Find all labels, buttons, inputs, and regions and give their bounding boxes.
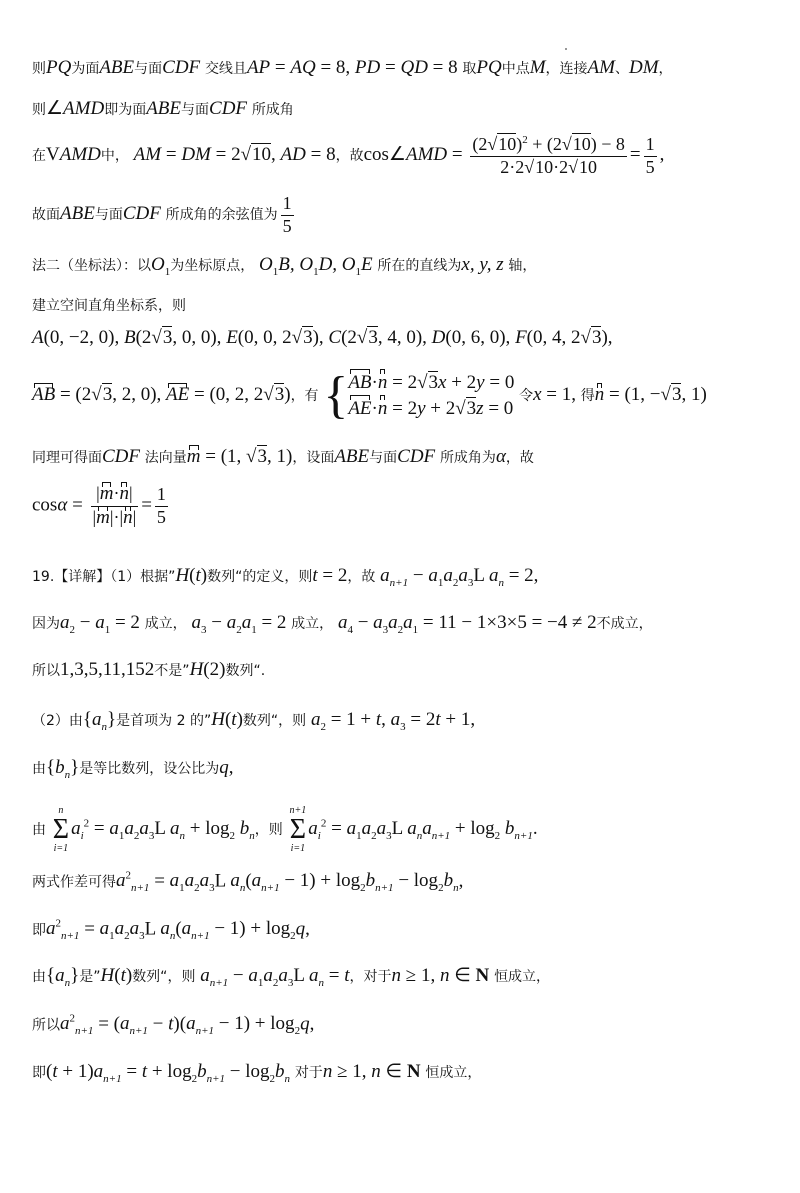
text: 与面 (134, 61, 162, 77)
line-13: 所以1,3,5,11,152不是”H(2)数列“. (32, 659, 265, 682)
line-21: 即(t + 1)an+1 = t + log2bn+1 − log2bn 对于n… (32, 1061, 481, 1086)
text: 所以 (32, 1017, 60, 1033)
text: 成立， (291, 616, 333, 632)
text: 恒成立， (425, 1065, 481, 1081)
text: ，故 (336, 148, 364, 164)
text: 所以 (32, 663, 60, 679)
text: 即 (32, 1065, 46, 1081)
line-14: （2）由{an}是首项为 2 的”H(t)数列“，则 a2 = 1 + t, a… (32, 709, 475, 734)
text: 恒成立， (494, 969, 550, 985)
line-18: 即a2n+1 = a1a2a3L an(an+1 − 1) + log2q, (32, 918, 310, 943)
text: 不是” (154, 663, 189, 679)
text: 对于 (295, 1065, 323, 1081)
text: 成立， (145, 616, 187, 632)
line-20: 所以a2n+1 = (an+1 − t)(an+1 − 1) + log2q, (32, 1013, 314, 1038)
text: 与面 (95, 207, 123, 223)
question-19-heading: 19.【详解】（1）根据” (32, 569, 175, 585)
text: 数列“的定义，则 (207, 569, 312, 585)
text: ，故 (347, 569, 375, 585)
text: 是首项为 2 的” (116, 713, 211, 729)
text: 令 (519, 388, 533, 404)
text: 中点 (502, 61, 530, 77)
text: 、 (615, 61, 629, 77)
text: 为坐标原点， (170, 258, 254, 274)
line-9: 同理可得面CDF 法向量m = (1, √3, 1)，设面ABE与面CDF 所成… (32, 446, 534, 469)
cos-label: cos (32, 494, 57, 515)
text: ，故 (506, 450, 534, 466)
line-6: 建立空间直角坐标系，则 (32, 296, 186, 315)
text: 所成角为 (440, 450, 496, 466)
text: ，设面 (292, 450, 334, 466)
text: 法向量 (145, 450, 187, 466)
text: 所成角的余弦值为 (166, 207, 278, 223)
line-1: 则PQ为面ABE与面CDF 交线且AP = AQ = 8, PD = QD = … (32, 57, 673, 80)
text: 中， (101, 148, 129, 164)
math-ap-aq: AP (247, 57, 270, 78)
text: （2）由 (32, 713, 83, 729)
line-11-q19: 19.【详解】（1）根据”H(t)数列“的定义，则t = 2，故 an+1 − … (32, 565, 538, 590)
text: 与面 (181, 102, 209, 118)
line-10-cos-alpha: cosα = |m·n||m|·|n|=15 (32, 483, 171, 530)
text: 得 (581, 388, 595, 404)
text: 所在的直线为 (377, 258, 461, 274)
text: 由 (32, 969, 46, 985)
text: 是等比数列，设公比为 (79, 761, 219, 777)
angle-symbol: ∠ (46, 98, 63, 119)
text: 交线且 (205, 61, 247, 77)
text: ，对于 (350, 969, 392, 985)
text: 为面 (71, 61, 99, 77)
text: 建立空间直角坐标系，则 (32, 298, 186, 314)
text: ，连接 (546, 61, 588, 77)
text: ， (659, 61, 673, 77)
cosine-fraction: (2√10)2 + (2√10) − 8 2·2√10·2√10 (470, 134, 627, 178)
line-17: 两式作差可得a2n+1 = a1a2a3L an(an+1 − 1) + log… (32, 870, 463, 895)
text: 在 (32, 148, 46, 164)
text: 所成角 (252, 102, 294, 118)
math-cdf: CDF (162, 57, 200, 78)
text: ，有 (291, 388, 319, 404)
text: 与面 (369, 450, 397, 466)
text: 取 (462, 61, 476, 77)
text: 即 (32, 922, 46, 938)
math-abe: ABE (99, 57, 134, 78)
text: 轴， (508, 258, 536, 274)
stray-mark (565, 48, 567, 50)
triangle-symbol: V (46, 144, 60, 165)
line-7-coordinates: A(0, −2, 0), B(2√3, 0, 0), E(0, 0, 2√3),… (32, 327, 613, 350)
equation-system: AB·n = 2√3x + 2y = 0 AE·n = 2y + 2√3z = … (348, 370, 514, 421)
line-16-summation: 由 nΣi=1ai2 = a1a2a3L an + log2 bn，则 n+1Σ… (32, 806, 538, 854)
text: 数列“，则 (243, 713, 306, 729)
line-5: 法二（坐标法）：以O1为坐标原点， O1B, O1D, O1E 所在的直线为x,… (32, 254, 536, 279)
line-8-vectors: AB = (2√3, 2, 0), AE = (0, 2, 2√3)，有 { A… (32, 370, 707, 422)
text: 故面 (32, 207, 60, 223)
text: 法二（坐标法）：以 (32, 258, 151, 274)
line-15: 由{bn}是等比数列，设公比为q, (32, 757, 234, 782)
text: 即为面 (104, 102, 146, 118)
text: 不成立， (597, 616, 653, 632)
line-19: 由{an}是”H(t)数列“，则 an+1 − a1a2a3L an = t，对… (32, 965, 550, 990)
text: 同理可得面 (32, 450, 102, 466)
text: 由 (32, 761, 46, 777)
text: 是” (79, 969, 100, 985)
sequence-values: 1,3,5,11,152 (60, 659, 154, 680)
text: ，则 (255, 822, 283, 838)
line-2: 则∠AMD即为面ABE与面CDF 所成角 (32, 98, 294, 121)
text: 因为 (32, 616, 60, 632)
text: 数列“. (225, 663, 265, 679)
text: 则 (32, 61, 46, 77)
line-12: 因为a2 − a1 = 2 成立， a3 − a2a1 = 2 成立， a4 −… (32, 612, 653, 637)
text: 数列“，则 (132, 969, 195, 985)
line-3: 在VAMD中， AM = DM = 2√10, AD = 8，故cos∠AMD … (32, 134, 664, 178)
cos-label: cos (364, 144, 389, 165)
alpha-symbol: α (496, 446, 506, 467)
text: 两式作差可得 (32, 874, 116, 890)
text: 则 (32, 102, 46, 118)
answer-fraction: 15 (281, 193, 294, 237)
math-pq: PQ (46, 57, 71, 78)
line-4: 故面ABE与面CDF 所成角的余弦值为15 (32, 193, 297, 237)
text: 由 (32, 822, 46, 838)
